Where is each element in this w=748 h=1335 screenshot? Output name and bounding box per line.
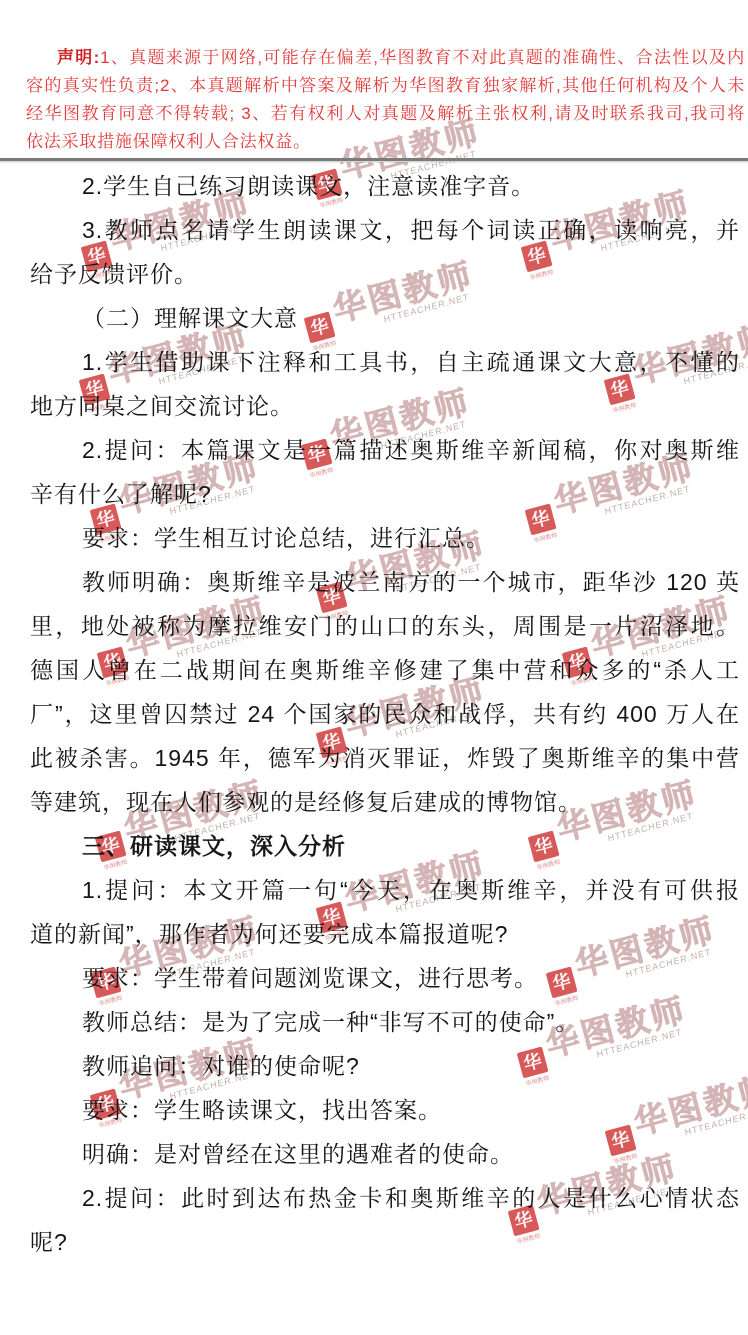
disclaimer-paragraph: 声明:1、真题来源于网络,可能存在偏差,华图教育不对此真题的准确性、合法性以及内… (26, 44, 745, 156)
disclaimer-line: 声明:1、真题来源于网络,可能存在偏差,华图教育不对此真题的准确性、合法性以及内 (26, 44, 745, 72)
document-content: 声明:1、真题来源于网络,可能存在偏差,华图教育不对此真题的准确性、合法性以及内… (0, 44, 748, 1264)
lesson-plan-text: 2.学生自己练习朗读课文，注意读准字音。3.教师点名请学生朗读课文，把每个词读正… (30, 164, 740, 1264)
text-line: 此被杀害。1945 年，德军为消灭罪证，炸毁了奥斯维辛的集中营 (30, 736, 740, 780)
text-line: 教师追问：对谁的使命呢? (30, 1044, 740, 1088)
text-line: 2.提问：本篇课文是一篇描述奥斯维辛新闻稿，你对奥斯维 (30, 428, 740, 472)
section-heading: 三、研读课文，深入分析 (30, 824, 740, 868)
text-line: 教师总结：是为了完成一种“非写不可的使命”。 (30, 1000, 740, 1044)
text-line: 德国人曾在二战期间在奥斯维辛修建了集中营和众多的“杀人工 (30, 648, 740, 692)
document-page: 华华图教师华图教师HTTEACHER.NET华华图教师华图教师HTTEACHER… (0, 0, 748, 1335)
disclaimer-label: 声明: (57, 48, 100, 67)
text-line: 辛有什么了解呢? (30, 472, 740, 516)
disclaimer-line: 经华图教育同意不得转载; 3、若有权利人对真题及解析主张权利,请及时联系我司,我… (26, 100, 745, 128)
text-line: 3.教师点名请学生朗读课文，把每个词读正确，读响亮，并 (30, 208, 740, 252)
text-line: 要求：学生略读课文，找出答案。 (30, 1088, 740, 1132)
text-line: 1.提问：本文开篇一句“今天，在奥斯维辛，并没有可供报 (30, 868, 740, 912)
text-line: 教师明确：奥斯维辛是波兰南方的一个城市，距华沙 120 英 (30, 560, 740, 604)
text-line: 道的新闻”，那作者为何还要完成本篇报道呢? (30, 912, 740, 956)
text-line: 要求：学生带着问题浏览课文，进行思考。 (30, 956, 740, 1000)
text-line: 给予反馈评价。 (30, 252, 740, 296)
disclaimer-line: 容的真实性负责;2、本真题解析中答案及解析为华图教育独家解析,其他任何机构及个人… (26, 72, 745, 100)
text-line: 1.学生借助课下注释和工具书，自主疏通课文大意，不懂的 (30, 340, 740, 384)
text-line: 地方同桌之间交流讨论。 (30, 384, 740, 428)
text-line: 里，地处被称为摩拉维安门的山口的东头，周围是一片沼泽地。 (30, 604, 740, 648)
text-line: （二）理解课文大意 (30, 296, 740, 340)
text-line: 厂”，这里曾囚禁过 24 个国家的民众和战俘，共有约 400 万人在 (30, 692, 740, 736)
text-line: 呢? (30, 1220, 740, 1264)
text-line: 明确：是对曾经在这里的遇难者的使命。 (30, 1132, 740, 1176)
text-line: 等建筑，现在人们参观的是经修复后建成的博物馆。 (30, 780, 740, 824)
divider-line (0, 158, 748, 162)
text-line: 2.提问：此时到达布热金卡和奥斯维辛的人是什么心情状态 (30, 1176, 740, 1220)
text-line: 2.学生自己练习朗读课文，注意读准字音。 (30, 164, 740, 208)
disclaimer-line: 依法采取措施保障权利人合法权益。 (26, 128, 745, 156)
text-line: 要求：学生相互讨论总结，进行汇总。 (30, 516, 740, 560)
